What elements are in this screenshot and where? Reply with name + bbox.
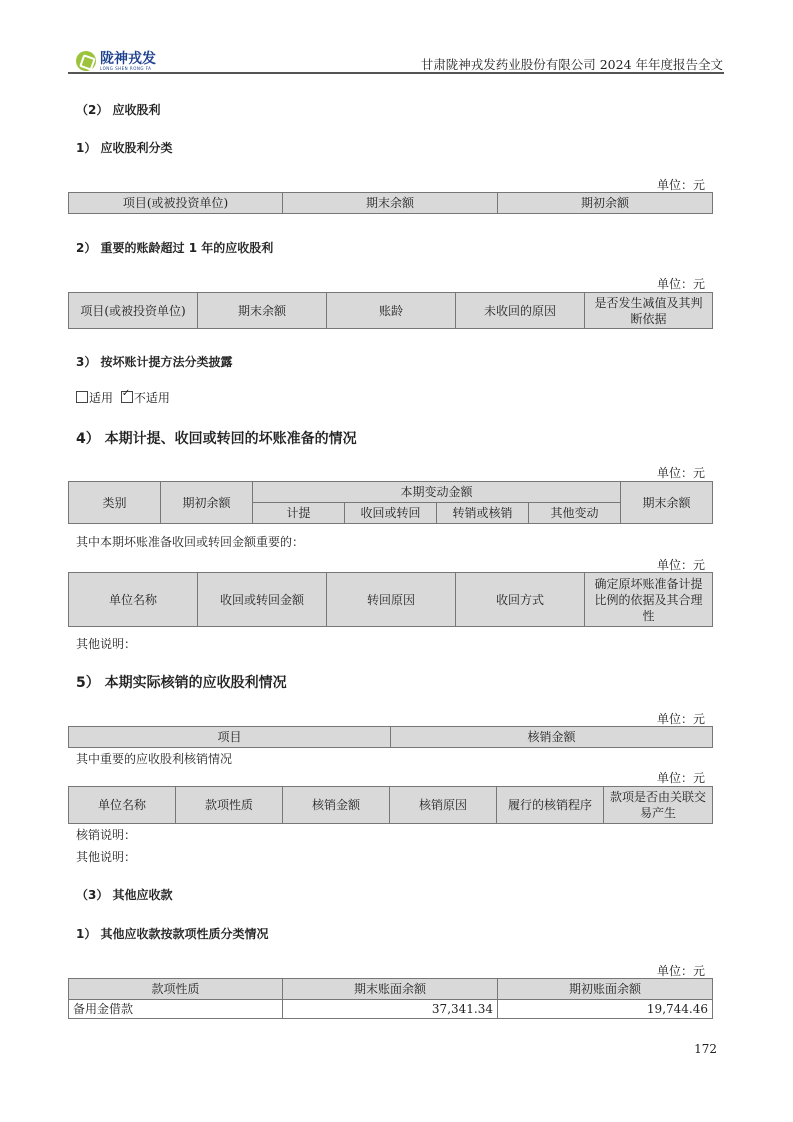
unit-label: 单位：元 — [657, 556, 705, 573]
column-header: 款项性质 — [69, 979, 283, 1000]
column-header: 期初余额 — [161, 482, 253, 524]
unit-label: 单位：元 — [657, 176, 705, 193]
column-header: 款项性质 — [176, 787, 283, 824]
section-title-dividends-receivable: （2） 应收股利 — [76, 101, 161, 118]
note-important-write-offs: 其中重要的应收股利核销情况 — [76, 750, 232, 767]
column-header: 核销金额 — [283, 787, 390, 824]
column-header: 期末账面余额 — [283, 979, 498, 1000]
column-header: 收回或转回 — [345, 503, 437, 524]
column-header: 类别 — [69, 482, 161, 524]
subsection-title-bad-debt-method: 3） 按坏账计提方法分类披露 — [76, 353, 233, 370]
unit-label: 单位：元 — [657, 962, 705, 979]
note-important-recoveries: 其中本期坏账准备收回或转回金额重要的： — [76, 533, 304, 550]
write-offs-table: 项目 核销金额 — [68, 726, 713, 748]
table-row: 备用金借款 37,341.34 19,744.46 — [69, 1000, 713, 1019]
applicable-checkbox[interactable] — [76, 391, 88, 403]
not-applicable-label: 不适用 — [134, 391, 170, 405]
column-header: 项目(或被投资单位) — [69, 293, 198, 329]
column-header: 项目 — [69, 727, 391, 748]
recoveries-table: 单位名称 收回或转回金额 转回原因 收回方式 确定原坏账准备计提比例的依据及其合… — [68, 572, 713, 627]
logo-english-name: LONG SHEN RONG FA — [100, 67, 156, 71]
logo-chinese-name: 陇神戎发 — [100, 52, 156, 66]
column-header: 其他变动 — [529, 503, 621, 524]
column-header: 收回或转回金额 — [198, 573, 327, 627]
report-title: 甘肃陇神戎发药业股份有限公司 2024 年年度报告全文 — [421, 55, 723, 73]
column-group-header: 本期变动金额 — [253, 482, 621, 503]
not-applicable-checkbox[interactable] — [121, 391, 133, 403]
column-header: 转销或核销 — [437, 503, 529, 524]
unit-label: 单位：元 — [657, 464, 705, 481]
column-header: 核销原因 — [390, 787, 497, 824]
column-header: 单位名称 — [69, 787, 176, 824]
unit-label: 单位：元 — [657, 275, 705, 292]
note-write-off: 核销说明： — [76, 826, 136, 843]
column-header: 期初账面余额 — [498, 979, 713, 1000]
column-header: 款项是否由关联交易产生 — [604, 787, 713, 824]
column-header: 计提 — [253, 503, 345, 524]
applicable-label: 适用 — [89, 391, 113, 405]
bad-debt-provision-table: 类别 期初余额 本期变动金额 期末余额 计提 收回或转回 转销或核销 其他变动 — [68, 481, 713, 524]
column-header: 转回原因 — [327, 573, 456, 627]
column-header: 期末余额 — [621, 482, 713, 524]
column-header: 期末余额 — [283, 193, 498, 214]
note-other: 其他说明： — [76, 848, 136, 865]
subsection-title-aged-dividends: 2） 重要的账龄超过 1 年的应收股利 — [76, 239, 273, 256]
column-header: 履行的核销程序 — [497, 787, 604, 824]
cell-opening-balance: 19,744.46 — [498, 1000, 713, 1019]
subsection-title-bad-debt-provision: 4） 本期计提、收回或转回的坏账准备的情况 — [76, 428, 357, 448]
aged-dividends-table: 项目(或被投资单位) 期末余额 账龄 未收回的原因 是否发生减值及其判断依据 — [68, 292, 713, 329]
applicability-options: 适用 不适用 — [76, 389, 170, 406]
column-header: 核销金额 — [391, 727, 713, 748]
subsection-title-write-offs: 5） 本期实际核销的应收股利情况 — [76, 672, 287, 692]
column-header: 账龄 — [327, 293, 456, 329]
column-header: 单位名称 — [69, 573, 198, 627]
cell-closing-balance: 37,341.34 — [283, 1000, 498, 1019]
column-header: 期末余额 — [198, 293, 327, 329]
column-header: 未收回的原因 — [456, 293, 585, 329]
column-header: 期初余额 — [498, 193, 713, 214]
cell-nature: 备用金借款 — [69, 1000, 283, 1019]
column-header: 项目(或被投资单位) — [69, 193, 283, 214]
column-header: 是否发生减值及其判断依据 — [585, 293, 713, 329]
page-number: 172 — [694, 1042, 717, 1056]
company-logo: 陇神戎发 LONG SHEN RONG FA — [76, 50, 156, 72]
column-header: 确定原坏账准备计提比例的依据及其合理性 — [585, 573, 713, 627]
header-divider — [68, 72, 724, 74]
column-header: 收回方式 — [456, 573, 585, 627]
subsection-title-by-nature: 1） 其他应收款按款项性质分类情况 — [76, 925, 269, 942]
dividends-classification-table: 项目(或被投资单位) 期末余额 期初余额 — [68, 192, 713, 214]
subsection-title-classification: 1） 应收股利分类 — [76, 139, 173, 156]
unit-label: 单位：元 — [657, 710, 705, 727]
section-title-other-receivables: （3） 其他应收款 — [76, 886, 173, 903]
unit-label: 单位：元 — [657, 769, 705, 786]
logo-icon — [76, 51, 96, 71]
important-write-offs-table: 单位名称 款项性质 核销金额 核销原因 履行的核销程序 款项是否由关联交易产生 — [68, 786, 713, 824]
note-other: 其他说明： — [76, 635, 136, 652]
other-receivables-by-nature-table: 款项性质 期末账面余额 期初账面余额 备用金借款 37,341.34 19,74… — [68, 978, 713, 1019]
